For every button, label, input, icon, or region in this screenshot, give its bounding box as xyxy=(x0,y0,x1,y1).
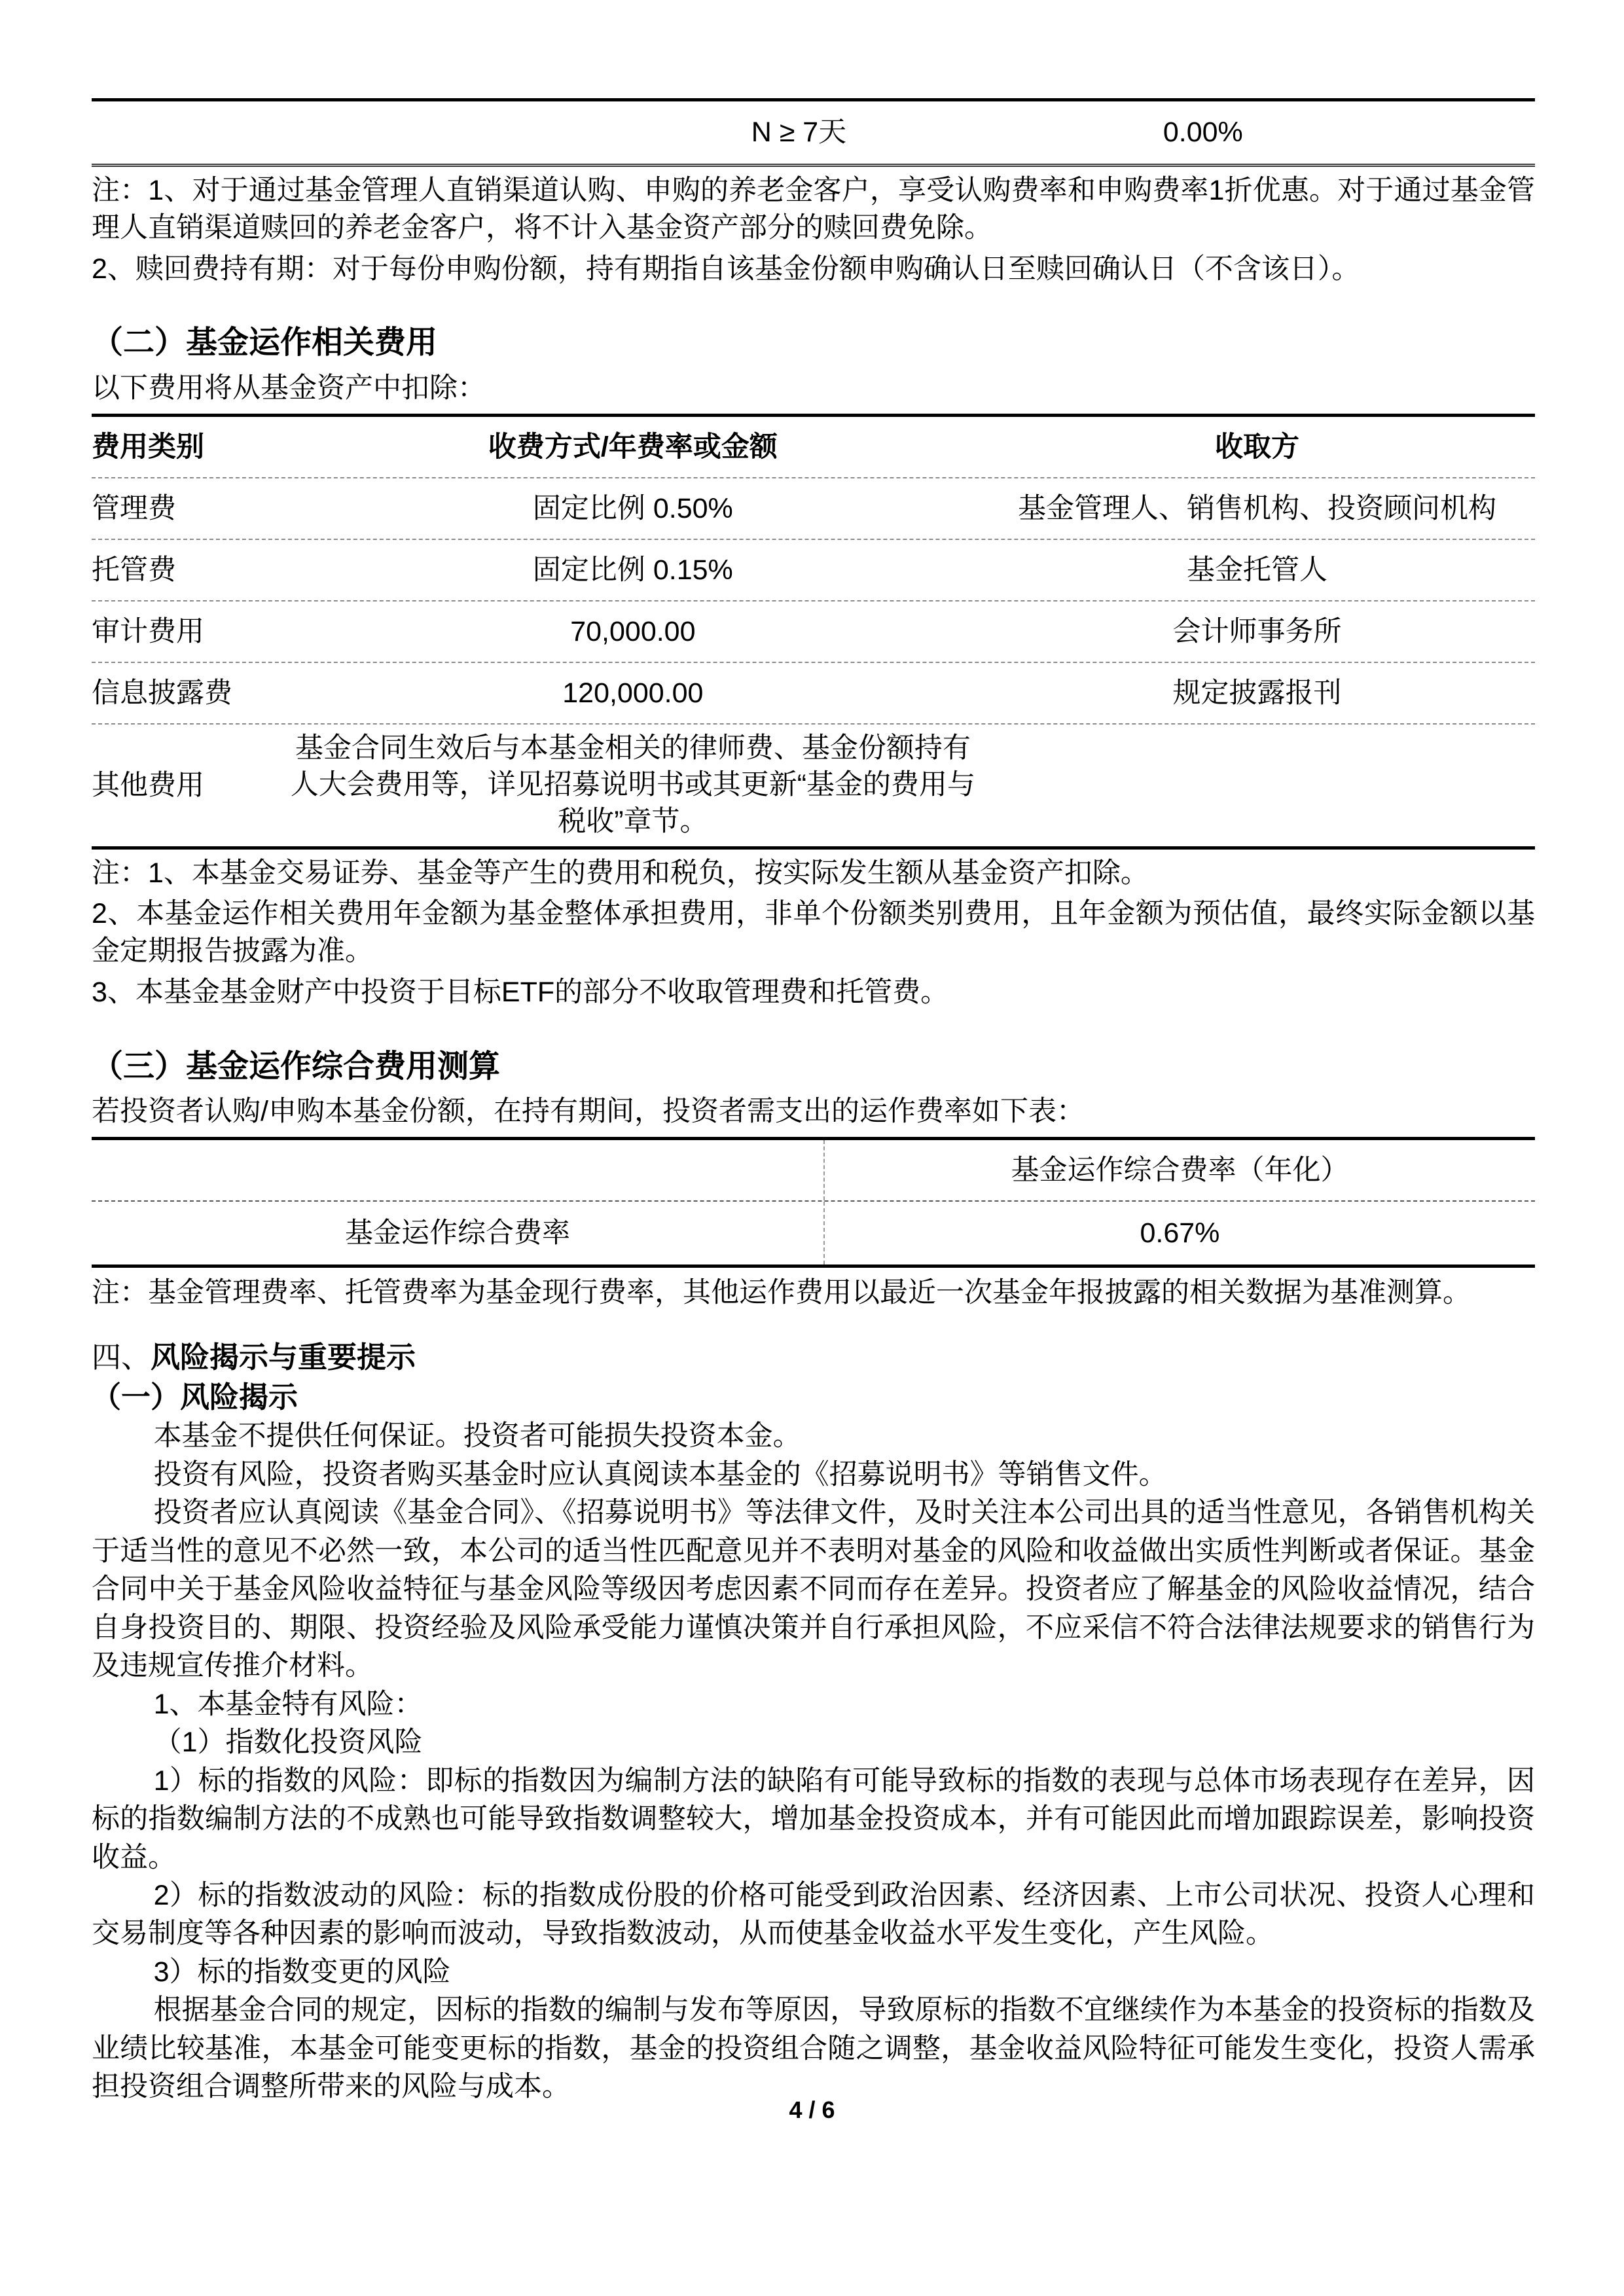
comp-fee-value-cell: 0.67% xyxy=(823,1202,1535,1265)
page-content: N ≥ 7天 0.00% 注：1、对于通过基金管理人直销渠道认购、申购的养老金客… xyxy=(92,98,1535,2106)
fee-method-cell: 120,000.00 xyxy=(287,674,979,712)
operating-fee-table: 费用类别 收费方式/年费率或金额 收取方 管理费 固定比例 0.50% 基金管理… xyxy=(92,414,1535,850)
section3-heading: （三）基金运作综合费用测算 xyxy=(92,1047,1535,1087)
note-line: 2、赎回费持有期：对于每份申购份额，持有期指自该基金份额申购确认日至赎回确认日（… xyxy=(92,251,1535,288)
section2-intro: 以下费用将从基金资产中扣除： xyxy=(92,369,1535,407)
fee-method-cell: 基金合同生效后与本基金相关的律师费、基金份额持有人大会费用等，详见招募说明书或其… xyxy=(287,730,979,840)
page-number: 4 / 6 xyxy=(0,2094,1624,2126)
note-line: 注：1、本基金交易证券、基金等产生的费用和税负，按实际发生额从基金资产扣除。 xyxy=(92,855,1535,892)
fee-category-cell: 信息披露费 xyxy=(92,674,287,712)
risk-paragraph: 3）标的指数变更的风险 xyxy=(92,1953,1535,1991)
fee-method-cell: 70,000.00 xyxy=(287,613,979,651)
column-header: 收费方式/年费率或金额 xyxy=(287,428,979,466)
note-line: 3、本基金基金财产中投资于目标ETF的部分不收取管理费和托管费。 xyxy=(92,974,1535,1011)
table-row: 管理费 固定比例 0.50% 基金管理人、销售机构、投资顾问机构 xyxy=(92,478,1535,540)
risk-paragraph: 本基金不提供任何保证。投资者可能损失投资本金。 xyxy=(92,1417,1535,1455)
section2-heading: （二）基金运作相关费用 xyxy=(92,323,1535,363)
fee-recipient-cell: 基金托管人 xyxy=(979,551,1535,589)
fee-recipient-cell: 基金管理人、销售机构、投资顾问机构 xyxy=(979,490,1535,528)
fee-recipient-cell: 会计师事务所 xyxy=(979,613,1535,651)
section4-heading-number: 四、 xyxy=(92,1340,151,1374)
fee-recipient-cell: 规定披露报刊 xyxy=(979,674,1535,712)
redemption-fee-notes: 注：1、对于通过基金管理人直销渠道认购、申购的养老金客户，享受认购费率和申购费率… xyxy=(92,172,1535,287)
table-row: 信息披露费 120,000.00 规定披露报刊 xyxy=(92,663,1535,725)
redemption-fee-table-fragment: N ≥ 7天 0.00% xyxy=(92,98,1535,167)
empty-cell xyxy=(92,1140,823,1200)
note-line: 2、本基金运作相关费用年金额为基金整体承担费用，非单个份额类别费用，且年金额为预… xyxy=(92,895,1535,970)
table-row: 托管费 固定比例 0.15% 基金托管人 xyxy=(92,540,1535,601)
fee-category-cell: 管理费 xyxy=(92,490,287,528)
holding-period-cell: N ≥ 7天 xyxy=(583,113,1016,151)
comprehensive-fee-table: 基金运作综合费率（年化） 基金运作综合费率 0.67% xyxy=(92,1137,1535,1268)
section3-intro: 若投资者认购/申购本基金份额，在持有期间，投资者需支出的运作费率如下表： xyxy=(92,1092,1535,1130)
comprehensive-fee-note: 注：基金管理费率、托管费率为基金现行费率，其他运作费用以最近一次基金年报披露的相… xyxy=(92,1274,1535,1312)
table-row: 审计费用 70,000.00 会计师事务所 xyxy=(92,601,1535,663)
fee-category-cell: 审计费用 xyxy=(92,613,287,651)
fee-method-cell: 固定比例 0.15% xyxy=(287,551,979,589)
column-header: 收取方 xyxy=(979,428,1535,466)
document-page: N ≥ 7天 0.00% 注：1、对于通过基金管理人直销渠道认购、申购的养老金客… xyxy=(0,0,1624,2296)
table-row: N ≥ 7天 0.00% xyxy=(92,101,1535,164)
fee-category-cell: 托管费 xyxy=(92,551,287,589)
note-line: 注：1、对于通过基金管理人直销渠道认购、申购的养老金客户，享受认购费率和申购费率… xyxy=(92,172,1535,247)
column-header: 费用类别 xyxy=(92,428,287,466)
table-header-row: 基金运作综合费率（年化） xyxy=(92,1140,1535,1202)
section4-heading: 四、风险揭示与重要提示 xyxy=(92,1338,1535,1378)
risk-paragraph: 2）标的指数波动的风险：标的指数成份股的价格可能受到政治因素、经济因素、上市公司… xyxy=(92,1876,1535,1953)
table-header-row: 费用类别 收费方式/年费率或金额 收取方 xyxy=(92,417,1535,478)
section4-heading-text: 风险揭示与重要提示 xyxy=(151,1340,416,1374)
section4-subheading: （一）风险揭示 xyxy=(92,1378,1535,1418)
risk-paragraph: 根据基金合同的规定，因标的指数的编制与发布等原因，导致原标的指数不宜继续作为本基… xyxy=(92,1991,1535,2106)
fee-method-cell: 固定比例 0.50% xyxy=(287,490,979,528)
operating-fee-notes: 注：1、本基金交易证券、基金等产生的费用和税负，按实际发生额从基金资产扣除。 2… xyxy=(92,855,1535,1011)
column-header: 基金运作综合费率（年化） xyxy=(823,1140,1535,1200)
risk-paragraph: 投资者应认真阅读《基金合同》、《招募说明书》等法律文件，及时关注本公司出具的适当… xyxy=(92,1494,1535,1685)
risk-paragraph: 1）标的指数的风险：即标的指数因为编制方法的缺陷有可能导致标的指数的表现与总体市… xyxy=(92,1762,1535,1876)
table-row: 其他费用 基金合同生效后与本基金相关的律师费、基金份额持有人大会费用等，详见招募… xyxy=(92,725,1535,846)
risk-disclosure-body: 本基金不提供任何保证。投资者可能损失投资本金。 投资有风险，投资者购买基金时应认… xyxy=(92,1417,1535,2106)
rate-cell: 0.00% xyxy=(1015,113,1390,151)
table-row: 基金运作综合费率 0.67% xyxy=(92,1202,1535,1265)
comp-fee-label-cell: 基金运作综合费率 xyxy=(92,1202,823,1265)
risk-paragraph: （1）指数化投资风险 xyxy=(92,1723,1535,1761)
fee-category-cell: 其他费用 xyxy=(92,766,287,804)
risk-paragraph: 1、本基金特有风险： xyxy=(92,1685,1535,1723)
risk-paragraph: 投资有风险，投资者购买基金时应认真阅读本基金的《招募说明书》等销售文件。 xyxy=(92,1456,1535,1494)
